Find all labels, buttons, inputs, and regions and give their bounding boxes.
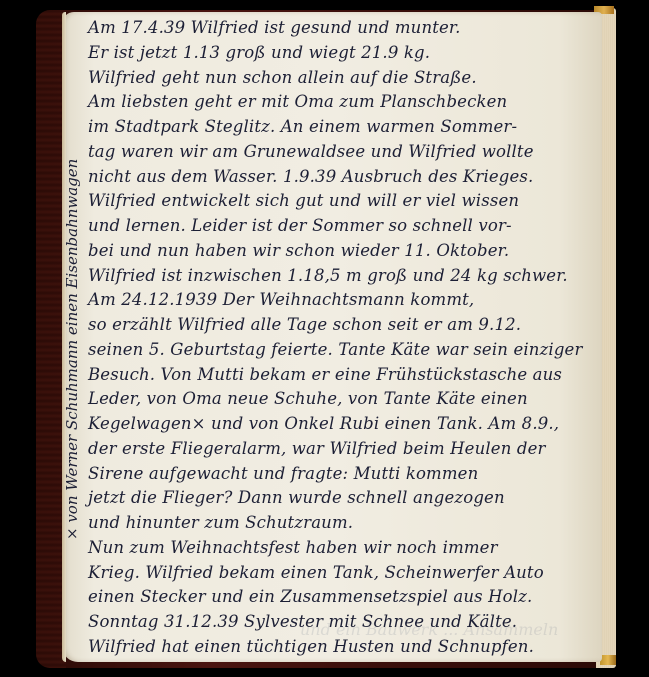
text-line: Krieg. Wilfried bekam einen Tank, Schein… (88, 561, 608, 586)
text-line: Wilfried entwickelt sich gut und will er… (88, 189, 608, 214)
text-line: jetzt die Flieger? Dann wurde schnell an… (88, 486, 608, 511)
text-line: Er ist jetzt 1.13 groß und wiegt 21.9 kg… (88, 41, 608, 66)
handwritten-entry: Am 17.4.39 Wilfried ist gesund und munte… (88, 16, 608, 660)
text-line: und lernen. Leider ist der Sommer so sch… (88, 214, 608, 239)
text-line: Sonntag 31.12.39 Sylvester mit Schnee un… (88, 610, 608, 635)
text-line: Wilfried ist inzwischen 1.18,5 m groß un… (88, 264, 608, 289)
text-line: Am liebsten geht er mit Oma zum Planschb… (88, 90, 608, 115)
text-line: Am 17.4.39 Wilfried ist gesund und munte… (88, 16, 608, 41)
text-line: Wilfried geht nun schon allein auf die S… (88, 66, 608, 91)
text-line: der erste Fliegeralarm, war Wilfried bei… (88, 437, 608, 462)
text-line: Kegelwagen× und von Onkel Rubi einen Tan… (88, 412, 608, 437)
margin-note: × von Werner Schuhmann einen Eisenbahnwa… (60, 60, 84, 540)
text-line: einen Stecker und ein Zusammensetzspiel … (88, 585, 608, 610)
text-line: Sirene aufgewacht und fragte: Mutti komm… (88, 462, 608, 487)
text-line: tag waren wir am Grunewaldsee und Wilfri… (88, 140, 608, 165)
text-line: bei und nun haben wir schon wieder 11. O… (88, 239, 608, 264)
text-line: Wilfried hat einen tüchtigen Husten und … (88, 635, 608, 660)
text-line: so erzählt Wilfried alle Tage schon seit… (88, 313, 608, 338)
text-line: Besuch. Von Mutti bekam er eine Frühstüc… (88, 363, 608, 388)
text-line: Leder, von Oma neue Schuhe, von Tante Kä… (88, 387, 608, 412)
text-line: Nun zum Weihnachtsfest haben wir noch im… (88, 536, 608, 561)
text-line: seinen 5. Geburtstag feierte. Tante Käte… (88, 338, 608, 363)
text-line: Am 24.12.1939 Der Weihnachtsmann kommt, (88, 288, 608, 313)
text-line: nicht aus dem Wasser. 1.9.39 Ausbruch de… (88, 165, 608, 190)
text-line: und hinunter zum Schutzraum. (88, 511, 608, 536)
text-line: im Stadtpark Steglitz. An einem warmen S… (88, 115, 608, 140)
